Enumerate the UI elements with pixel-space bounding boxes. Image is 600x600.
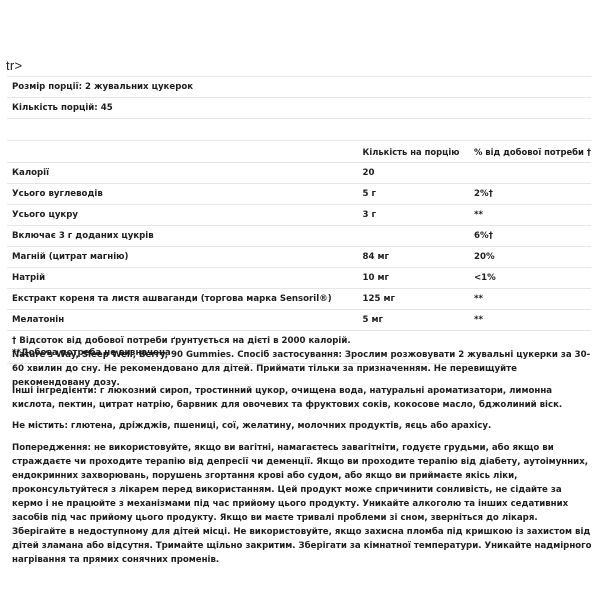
nutrient-daily-value: **	[469, 310, 591, 331]
column-header-row: Кількість на порцію % від добової потреб…	[7, 141, 591, 163]
footnote-daily-value: † Відсоток від добової потреби ґрунтуєть…	[12, 335, 469, 347]
nutrient-name: Натрій	[7, 268, 358, 289]
nutrient-daily-value: 20%	[469, 247, 591, 268]
nutrient-name: Усього вуглеводів	[7, 184, 358, 205]
does-not-contain-paragraph: Не містить: глютена, дріжджів, пшениці, …	[12, 419, 594, 433]
servings-per-container-row: Кількість порцій: 45	[7, 98, 591, 119]
nutrient-amount: 20	[358, 163, 469, 184]
column-header-daily-value: % від добової потреби †	[469, 141, 591, 163]
serving-size-row: Розмір порції: 2 жувальних цукерок	[7, 77, 591, 98]
nutrient-amount	[358, 226, 469, 247]
nutrient-amount: 10 мг	[358, 268, 469, 289]
stray-markup-text: tr>	[6, 58, 22, 73]
nutrient-daily-value: **	[469, 205, 591, 226]
nutrient-amount: 5 мг	[358, 310, 469, 331]
warning-paragraph: Попередження: не використовуйте, якщо ви…	[12, 441, 594, 567]
servings-per-container: Кількість порцій: 45	[7, 98, 591, 119]
supplement-facts-table: Розмір порції: 2 жувальних цукерок Кільк…	[7, 76, 591, 364]
table-row: Екстракт кореня та листя ашваганди (торг…	[7, 289, 591, 310]
other-ingredients-paragraph: Інші інгредієнти: г люкозний сироп, трос…	[12, 384, 594, 412]
nutrient-name: Екстракт кореня та листя ашваганди (торг…	[7, 289, 358, 310]
column-header-nutrient	[7, 141, 358, 163]
nutrient-amount: 5 г	[358, 184, 469, 205]
column-header-amount: Кількість на порцію	[358, 141, 469, 163]
spacer-row	[7, 119, 591, 141]
nutrient-name: Магній (цитрат магнію)	[7, 247, 358, 268]
nutrient-amount: 84 мг	[358, 247, 469, 268]
nutrient-amount: 3 г	[358, 205, 469, 226]
table-row: Калорії 20	[7, 163, 591, 184]
nutrient-name: Мелатонін	[7, 310, 358, 331]
nutrient-daily-value	[469, 163, 591, 184]
table-row: Включає 3 г доданих цукрів 6%†	[7, 226, 591, 247]
table-row: Усього цукру 3 г **	[7, 205, 591, 226]
serving-size: Розмір порції: 2 жувальних цукерок	[7, 77, 591, 98]
table-row: Магній (цитрат магнію) 84 мг 20%	[7, 247, 591, 268]
table-row: Усього вуглеводів 5 г 2%†	[7, 184, 591, 205]
nutrient-daily-value: <1%	[469, 268, 591, 289]
table-row: Мелатонін 5 мг **	[7, 310, 591, 331]
nutrient-amount: 125 мг	[358, 289, 469, 310]
nutrient-name: Усього цукру	[7, 205, 358, 226]
table-row: Натрій 10 мг <1%	[7, 268, 591, 289]
nutrient-daily-value: 6%†	[469, 226, 591, 247]
nutrient-name: Калорії	[7, 163, 358, 184]
nutrient-daily-value: 2%†	[469, 184, 591, 205]
nutrient-daily-value: **	[469, 289, 591, 310]
nutrient-name: Включає 3 г доданих цукрів	[7, 226, 358, 247]
